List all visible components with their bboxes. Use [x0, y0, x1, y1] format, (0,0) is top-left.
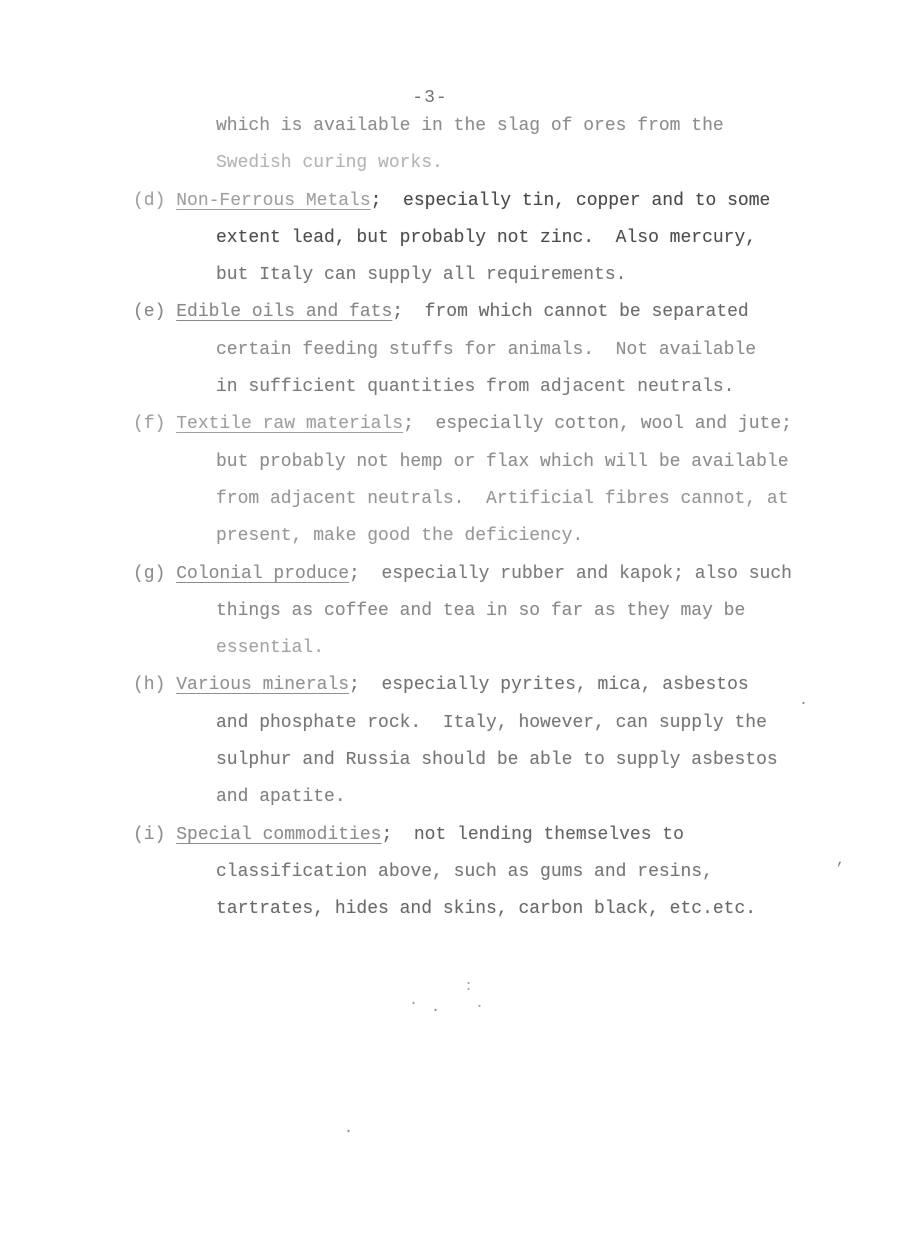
item-label: (g): [133, 564, 176, 584]
ink-speck: .: [344, 1120, 353, 1137]
document-line: certain feeding stuffs for animals. Not …: [133, 332, 853, 369]
document-item-line: (f) Textile raw materials; especially co…: [133, 406, 853, 443]
ink-speck: .: [799, 692, 808, 709]
item-heading: Edible oils and fats: [176, 302, 392, 322]
document-line: but probably not hemp or flax which will…: [133, 444, 853, 481]
item-text: ; especially cotton, wool and jute;: [403, 414, 792, 434]
ink-speck: .: [409, 992, 418, 1009]
item-heading: Colonial produce: [176, 564, 349, 584]
ink-speck: .: [431, 999, 440, 1016]
ink-speck: .: [475, 995, 484, 1012]
item-text: ; especially pyrites, mica, asbestos: [349, 675, 749, 695]
document-line: but Italy can supply all requirements.: [133, 257, 853, 294]
ink-speck: ,: [836, 852, 845, 869]
document-line: essential.: [133, 630, 853, 667]
item-label: (d): [133, 191, 176, 211]
document-line: things as coffee and tea in so far as th…: [133, 593, 853, 630]
document-line: tartrates, hides and skins, carbon black…: [133, 891, 853, 928]
document-line: and apatite.: [133, 779, 853, 816]
document-line: classification above, such as gums and r…: [133, 854, 853, 891]
item-text: ; from which cannot be separated: [392, 302, 748, 322]
item-text: ; especially tin, copper and to some: [371, 191, 771, 211]
document-line: Swedish curing works.: [133, 145, 853, 182]
item-text: ; especially rubber and kapok; also such: [349, 564, 792, 584]
item-label: (i): [133, 825, 176, 845]
document-item-line: (e) Edible oils and fats; from which can…: [133, 294, 853, 331]
item-heading: Special commodities: [176, 825, 381, 845]
document-item-line: (g) Colonial produce; especially rubber …: [133, 556, 853, 593]
document-line: extent lead, but probably not zinc. Also…: [133, 220, 853, 257]
document-body: which is available in the slag of ores f…: [133, 108, 853, 929]
document-line: and phosphate rock. Italy, however, can …: [133, 705, 853, 742]
document-line: in sufficient quantities from adjacent n…: [133, 369, 853, 406]
document-line: which is available in the slag of ores f…: [133, 108, 853, 145]
item-heading: Non-Ferrous Metals: [176, 191, 370, 211]
document-item-line: (i) Special commodities; not lending the…: [133, 817, 853, 854]
item-label: (h): [133, 675, 176, 695]
document-line: sulphur and Russia should be able to sup…: [133, 742, 853, 779]
item-label: (e): [133, 302, 176, 322]
document-line: present, make good the deficiency.: [133, 518, 853, 555]
item-heading: Textile raw materials: [176, 414, 403, 434]
document-item-line: (h) Various minerals; especially pyrites…: [133, 667, 853, 704]
item-text: ; not lending themselves to: [381, 825, 683, 845]
page-number: -3-: [375, 88, 485, 108]
ink-speck: :: [464, 978, 473, 995]
document-line: from adjacent neutrals. Artificial fibre…: [133, 481, 853, 518]
document-page: -3- which is available in the slag of or…: [0, 0, 900, 1254]
item-label: (f): [133, 414, 176, 434]
item-heading: Various minerals: [176, 675, 349, 695]
document-item-line: (d) Non-Ferrous Metals; especially tin, …: [133, 183, 853, 220]
